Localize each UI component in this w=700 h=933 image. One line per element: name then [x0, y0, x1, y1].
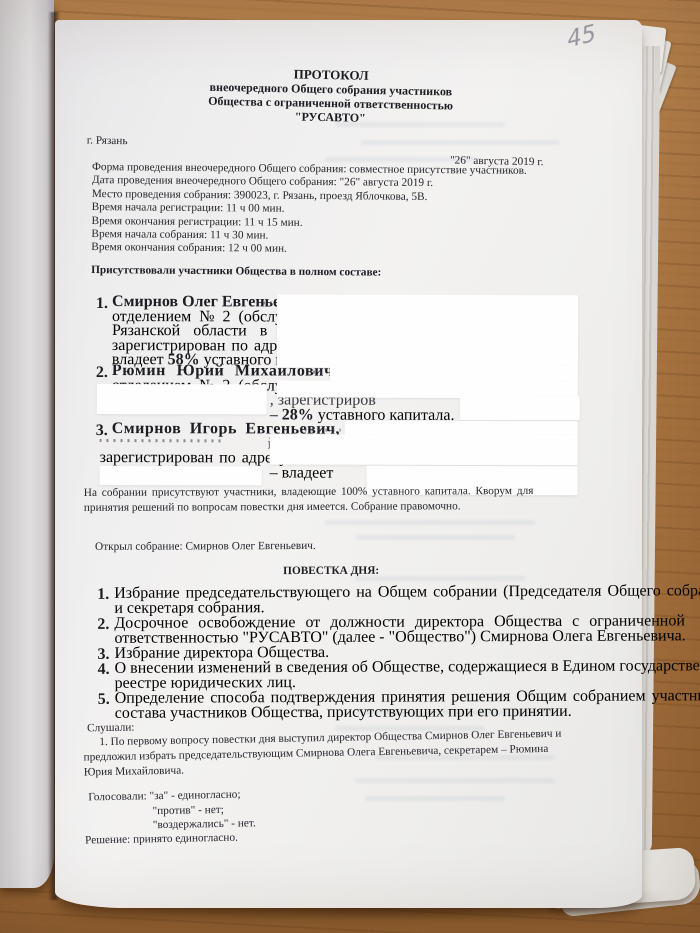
voting-line-for: Голосовали: "за" - единогласно; [88, 788, 240, 805]
decision-line: Решение: принято единогласно. [85, 831, 238, 848]
heard-line: Юрия Михайловича. [84, 764, 184, 780]
voting-for: "за" - единогласно; [149, 789, 240, 803]
heard-heading: Слушали: [87, 721, 135, 736]
voting-line-against: "против" - нет; [152, 803, 224, 818]
voting-line-abstain: "воздержались" - нет. [153, 816, 256, 832]
resolution-section: Слушали: 1. По первому вопросу повестки … [41, 9, 644, 908]
voting-label: Голосовали: [88, 790, 147, 803]
document-page: 45 ПРОТОКОЛ внеочередного Общего собрани… [55, 20, 642, 908]
